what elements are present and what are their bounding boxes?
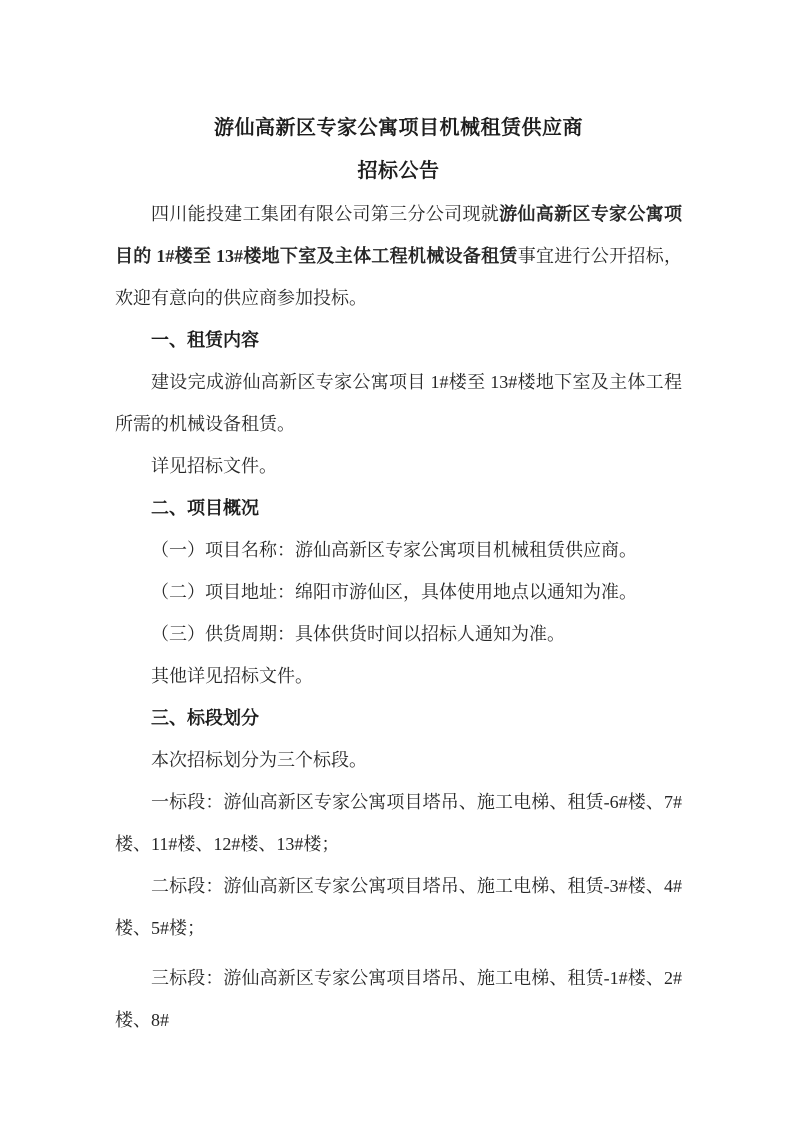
paragraph-bid-section-3: 三标段：游仙高新区专家公寓项目塔吊、施工电梯、租赁-1#楼、2#楼、8#: [115, 957, 682, 1041]
paragraph-other-details: 其他详见招标文件。: [115, 655, 682, 697]
paragraph-bid-section-2: 二标段：游仙高新区专家公寓项目塔吊、施工电梯、租赁-3#楼、4#楼、5#楼；: [115, 865, 682, 949]
paragraph-project-address: （二）项目地址：绵阳市游仙区，具体使用地点以通知为准。: [115, 571, 682, 613]
section-heading-rental-content: 一、租赁内容: [115, 319, 682, 361]
paragraph-rental-scope: 建设完成游仙高新区专家公寓项目 1#楼至 13#楼地下室及主体工程所需的机械设备…: [115, 361, 682, 445]
tender-notice-subtitle: 招标公告: [115, 157, 682, 185]
paragraph-supply-period: （三）供货周期：具体供货时间以招标人通知为准。: [115, 613, 682, 655]
section-heading-bid-sections: 三、标段划分: [115, 697, 682, 739]
intro-paragraph: 四川能投建工集团有限公司第三分公司现就游仙高新区专家公寓项目的 1#楼至 13#…: [115, 193, 682, 319]
document-title: 游仙高新区专家公寓项目机械租赁供应商: [115, 114, 682, 142]
paragraph-bid-section-1: 一标段：游仙高新区专家公寓项目塔吊、施工电梯、租赁-6#楼、7#楼、11#楼、1…: [115, 781, 682, 865]
paragraph-see-tender-docs: 详见招标文件。: [115, 445, 682, 487]
document-page: 游仙高新区专家公寓项目机械租赁供应商 招标公告 四川能投建工集团有限公司第三分公…: [0, 0, 794, 1122]
document-body: 四川能投建工集团有限公司第三分公司现就游仙高新区专家公寓项目的 1#楼至 13#…: [115, 193, 682, 1041]
paragraph-project-name: （一）项目名称：游仙高新区专家公寓项目机械租赁供应商。: [115, 529, 682, 571]
section-heading-project-overview: 二、项目概况: [115, 487, 682, 529]
paragraph-three-sections: 本次招标划分为三个标段。: [115, 739, 682, 781]
intro-prefix: 四川能投建工集团有限公司第三分公司现就: [151, 204, 499, 224]
